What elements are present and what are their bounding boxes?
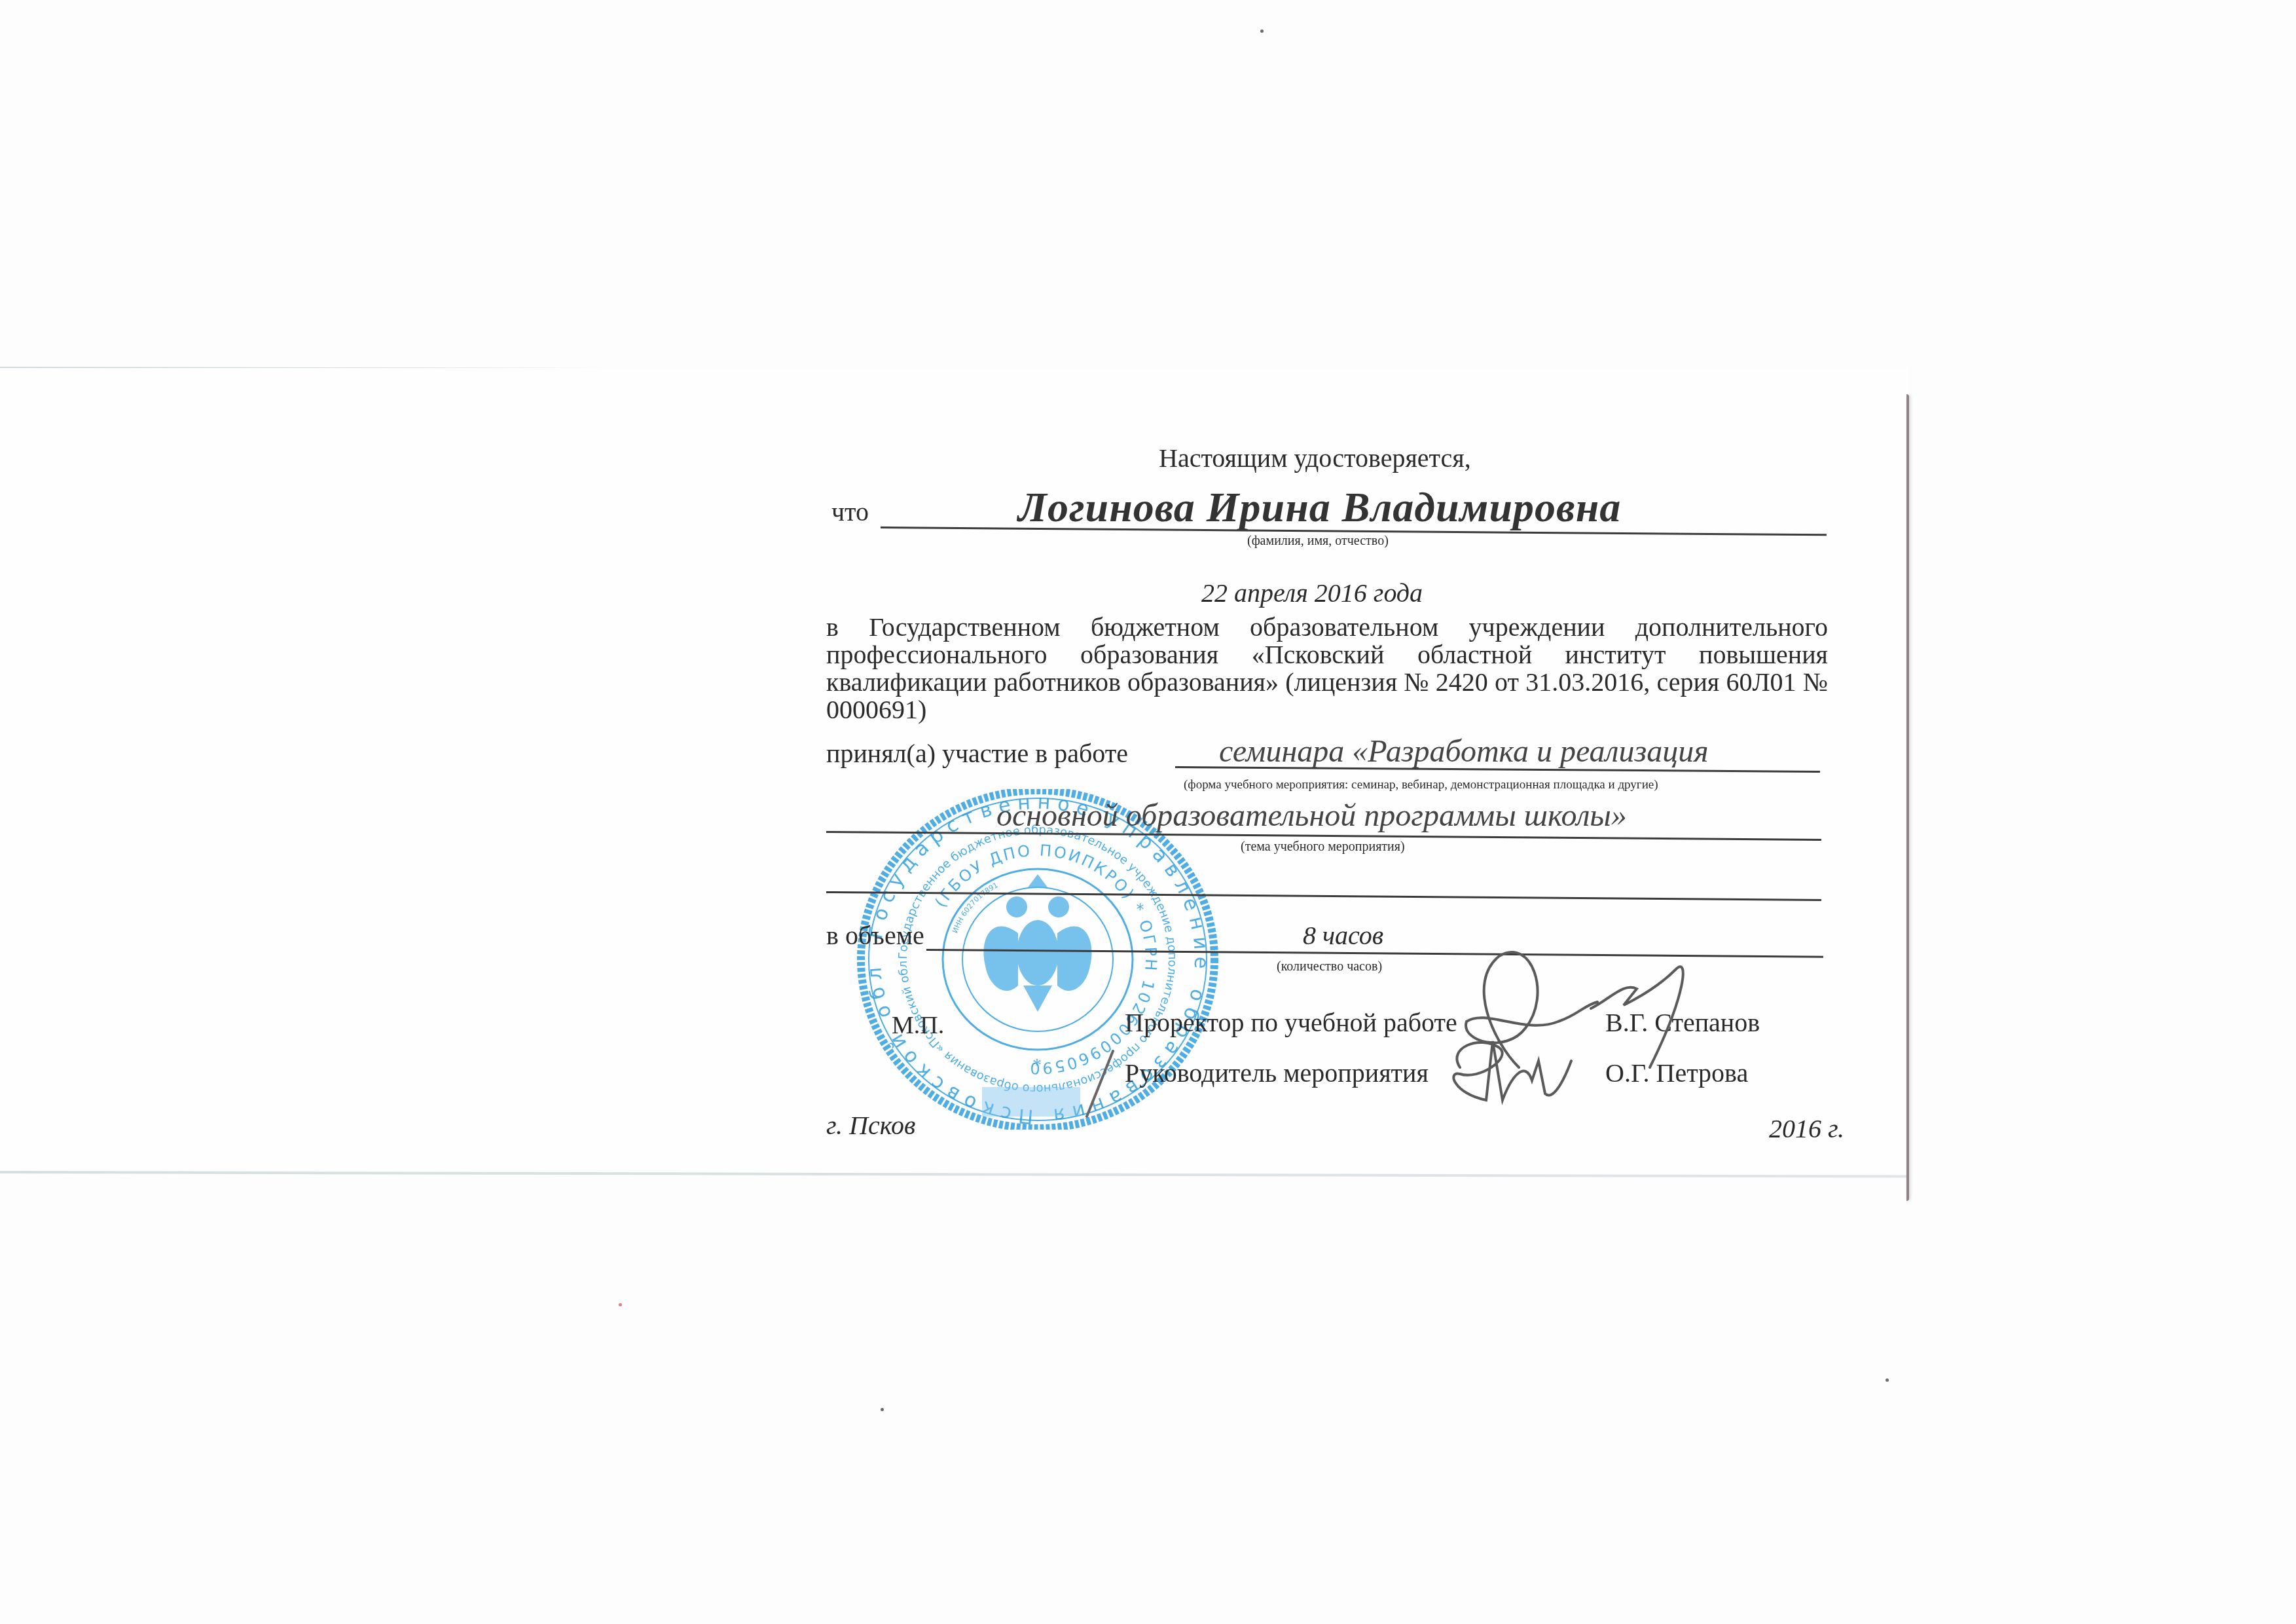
svg-text:*: * [1032, 1055, 1042, 1075]
event-topic-value: основной образовательной программы школы… [996, 798, 1627, 834]
certificate-intro: Настоящим удостоверяется, [1159, 443, 1471, 473]
scan-speck [619, 1303, 622, 1306]
volume-label: в объеме [826, 920, 924, 951]
event-form-value: семинара «Разработка и реализация [1219, 733, 1709, 769]
pen-stroke-icon [1080, 1048, 1120, 1120]
event-date: 22 апреля 2016 года [1201, 578, 1423, 608]
event-topic-caption: (тема учебного мероприятия) [1241, 840, 1405, 855]
name-caption: (фамилия, имя, отчество) [1247, 534, 1389, 549]
scan-speck [881, 1408, 884, 1411]
signatory-role-2: Руководитель мероприятия [1125, 1058, 1429, 1088]
scan-speck [1260, 29, 1264, 33]
hours-value: 8 часов [1303, 920, 1383, 951]
city: г. Псков [826, 1110, 915, 1141]
event-form-caption: (форма учебного мероприятия: семинар, ве… [1184, 778, 1658, 792]
scan-speck [1886, 1378, 1889, 1382]
recipient-full-name: Логинова Ирина Владимировна [1018, 483, 1621, 532]
institution-text: в Государственном бюджетном образователь… [826, 614, 1828, 724]
certificate-card-edge [1906, 394, 1909, 1201]
seal-label: М.П. [892, 1011, 944, 1040]
issue-year: 2016 г. [1769, 1113, 1844, 1144]
hours-caption: (количество часов) [1277, 959, 1382, 974]
signature-2-icon [1440, 1022, 1584, 1113]
took-part-label: принял(а) участие в работе [826, 738, 1128, 769]
signatory-role-1: Проректор по учебной работе [1125, 1007, 1457, 1038]
chto-label: что [831, 496, 869, 527]
